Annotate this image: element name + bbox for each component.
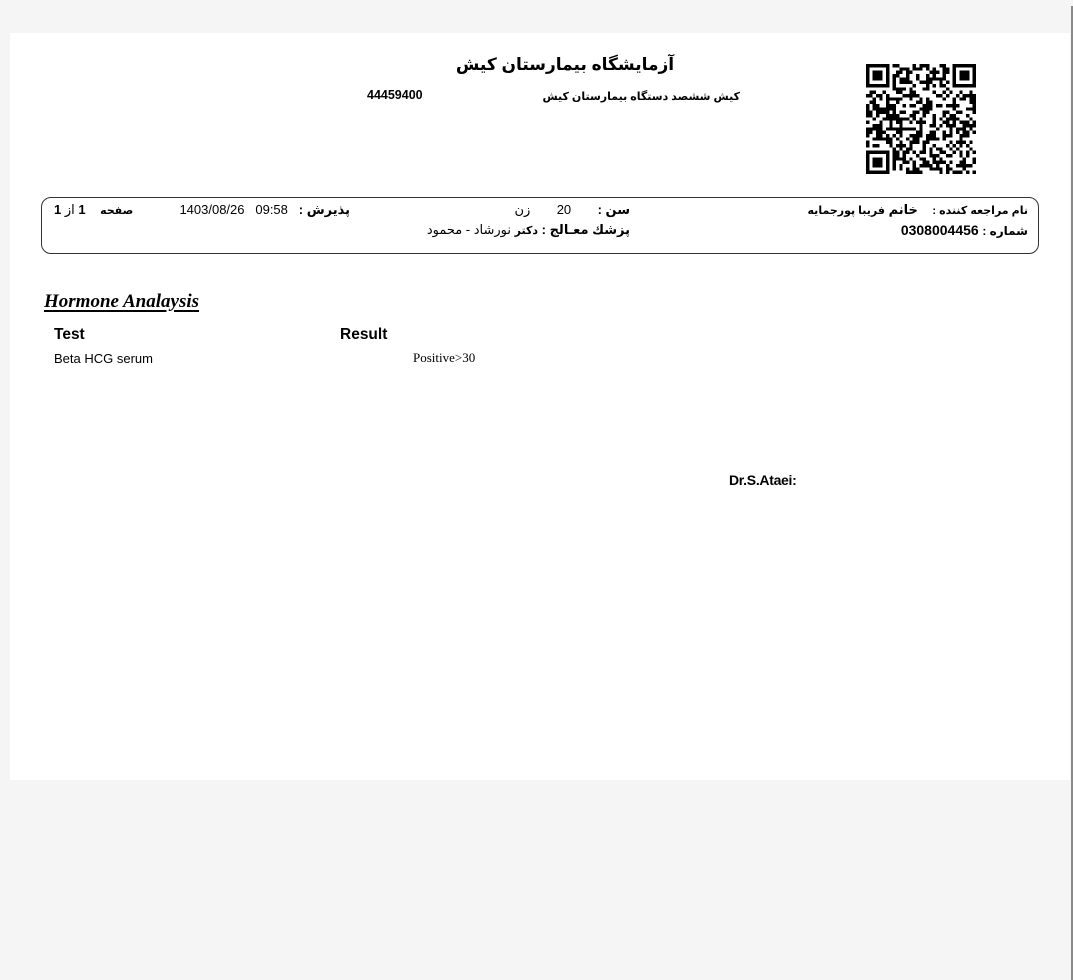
patient-name: فریبا پورجمایه [808,205,885,217]
physician-title: دکتر [515,225,538,237]
section-heading: Hormone Analaysis [44,291,199,313]
gender-value: زن [514,202,530,217]
page-total: 1 [54,202,61,217]
patient-number-row: شماره : 0308004456 [901,222,1028,238]
qr-code-icon [866,64,976,174]
patient-name-label: نام مراجعه کننده : [932,205,1028,217]
column-header-result: Result [340,326,387,344]
test-result: Positive>30 [413,350,475,366]
physician-label: پزشك معـالج : [542,222,630,237]
column-header-test: Test [54,326,85,344]
patient-number-label: شماره : [982,224,1028,238]
page-indicator: صفحه 1 از 1 [54,202,133,218]
lab-phone: 44459400 [367,88,423,102]
patient-name-row: نام مراجعه کننده : خانم فریبا پورجمایه [808,202,1028,218]
patient-number: 0308004456 [901,222,979,238]
page-of: از [65,202,75,217]
report-page: آزمایشگاه بیمارستان کیش کیش ششصد دستگاه … [10,33,1070,780]
admission-label: پذیرش : [299,202,350,217]
age-row: سن : 20 زن [514,202,630,218]
lab-title: آزمایشگاه بیمارستان کیش [370,55,760,75]
age-label: سن : [598,202,630,217]
admission-row: پذیرش : 1403/08/26 09:58 [179,202,350,218]
page-label: صفحه [100,205,133,217]
test-name: Beta HCG serum [54,351,153,366]
physician-name: نورشاد - محمود [427,222,511,237]
age-value: 20 [534,202,594,217]
page-current: 1 [78,202,85,217]
admission-date: 1403/08/26 [179,202,244,217]
signature: Dr.S.Ataei: [729,472,797,488]
physician-row: پزشك معـالج : دکتر نورشاد - محمود [427,222,630,238]
patient-title: خانم [889,202,918,217]
lab-address: کیش ششصد دستگاه بیمارستان کیش [480,90,740,103]
admission-time: 09:58 [255,202,288,217]
patient-info-box: نام مراجعه کننده : خانم فریبا پورجمایه ش… [41,197,1039,254]
